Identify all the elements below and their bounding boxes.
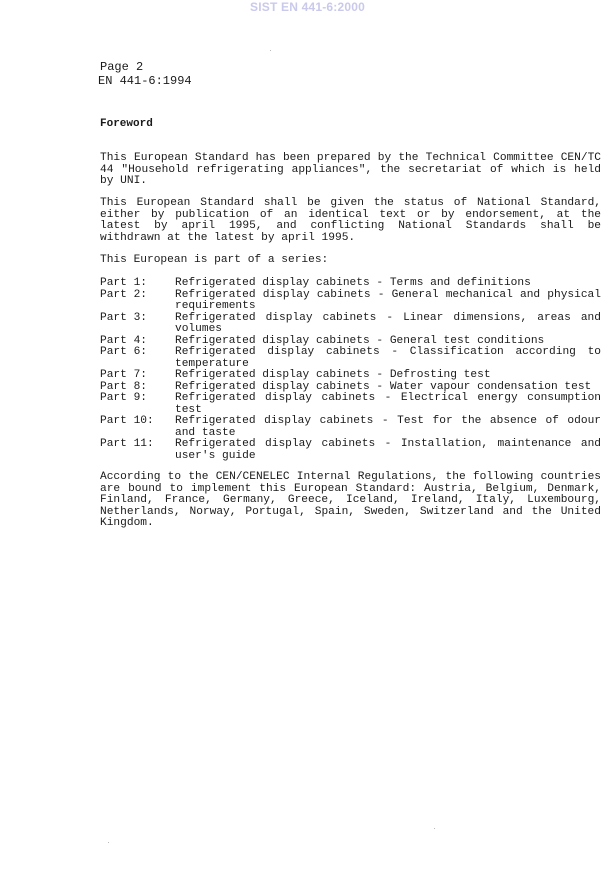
scan-speck	[270, 50, 271, 51]
document-watermark: SIST EN 441-6:2000	[0, 0, 615, 14]
paragraph-committee: This European Standard has been prepared…	[100, 153, 601, 188]
list-item: Part 9:Refrigerated display cabinets - E…	[100, 393, 601, 416]
part-number: Part 1:	[100, 278, 175, 290]
part-number: Part 6:	[100, 347, 175, 370]
parts-list: Part 1:Refrigerated display cabinets - T…	[100, 278, 601, 462]
part-number: Part 9:	[100, 393, 175, 416]
paragraph-series-intro: This European is part of a series:	[100, 255, 601, 267]
part-title: Refrigerated display cabinets - Classifi…	[175, 347, 601, 370]
part-number: Part 3:	[100, 313, 175, 336]
part-title: Refrigerated display cabinets - General …	[175, 290, 601, 313]
list-item: Part 11:Refrigerated display cabinets - …	[100, 439, 601, 462]
list-item: Part 3:Refrigerated display cabinets - L…	[100, 313, 601, 336]
standard-reference: EN 441-6:1994	[98, 75, 192, 89]
part-title: Refrigerated display cabinets - Installa…	[175, 439, 601, 462]
paragraph-status: This European Standard shall be given th…	[100, 198, 601, 244]
part-title: Refrigerated display cabinets - Terms an…	[175, 278, 601, 290]
part-title: Refrigerated display cabinets - Linear d…	[175, 313, 601, 336]
part-number: Part 2:	[100, 290, 175, 313]
part-title: Refrigerated display cabinets - Electric…	[175, 393, 601, 416]
page-number: Page 2	[100, 61, 192, 75]
list-item: Part 10:Refrigerated display cabinets - …	[100, 416, 601, 439]
part-title: Refrigerated display cabinets - Test for…	[175, 416, 601, 439]
list-item: Part 1:Refrigerated display cabinets - T…	[100, 278, 601, 290]
part-number: Part 7:	[100, 370, 175, 382]
part-title: Refrigerated display cabinets - Defrosti…	[175, 370, 601, 382]
paragraph-countries: According to the CEN/CENELEC Internal Re…	[100, 472, 601, 530]
scan-speck	[434, 828, 435, 829]
scan-speck	[108, 842, 109, 843]
list-item: Part 6:Refrigerated display cabinets - C…	[100, 347, 601, 370]
page-header: Page 2 EN 441-6:1994	[100, 61, 192, 88]
part-number: Part 11:	[100, 439, 175, 462]
list-item: Part 7:Refrigerated display cabinets - D…	[100, 370, 601, 382]
section-title: Foreword	[100, 119, 153, 131]
list-item: Part 2:Refrigerated display cabinets - G…	[100, 290, 601, 313]
part-number: Part 10:	[100, 416, 175, 439]
